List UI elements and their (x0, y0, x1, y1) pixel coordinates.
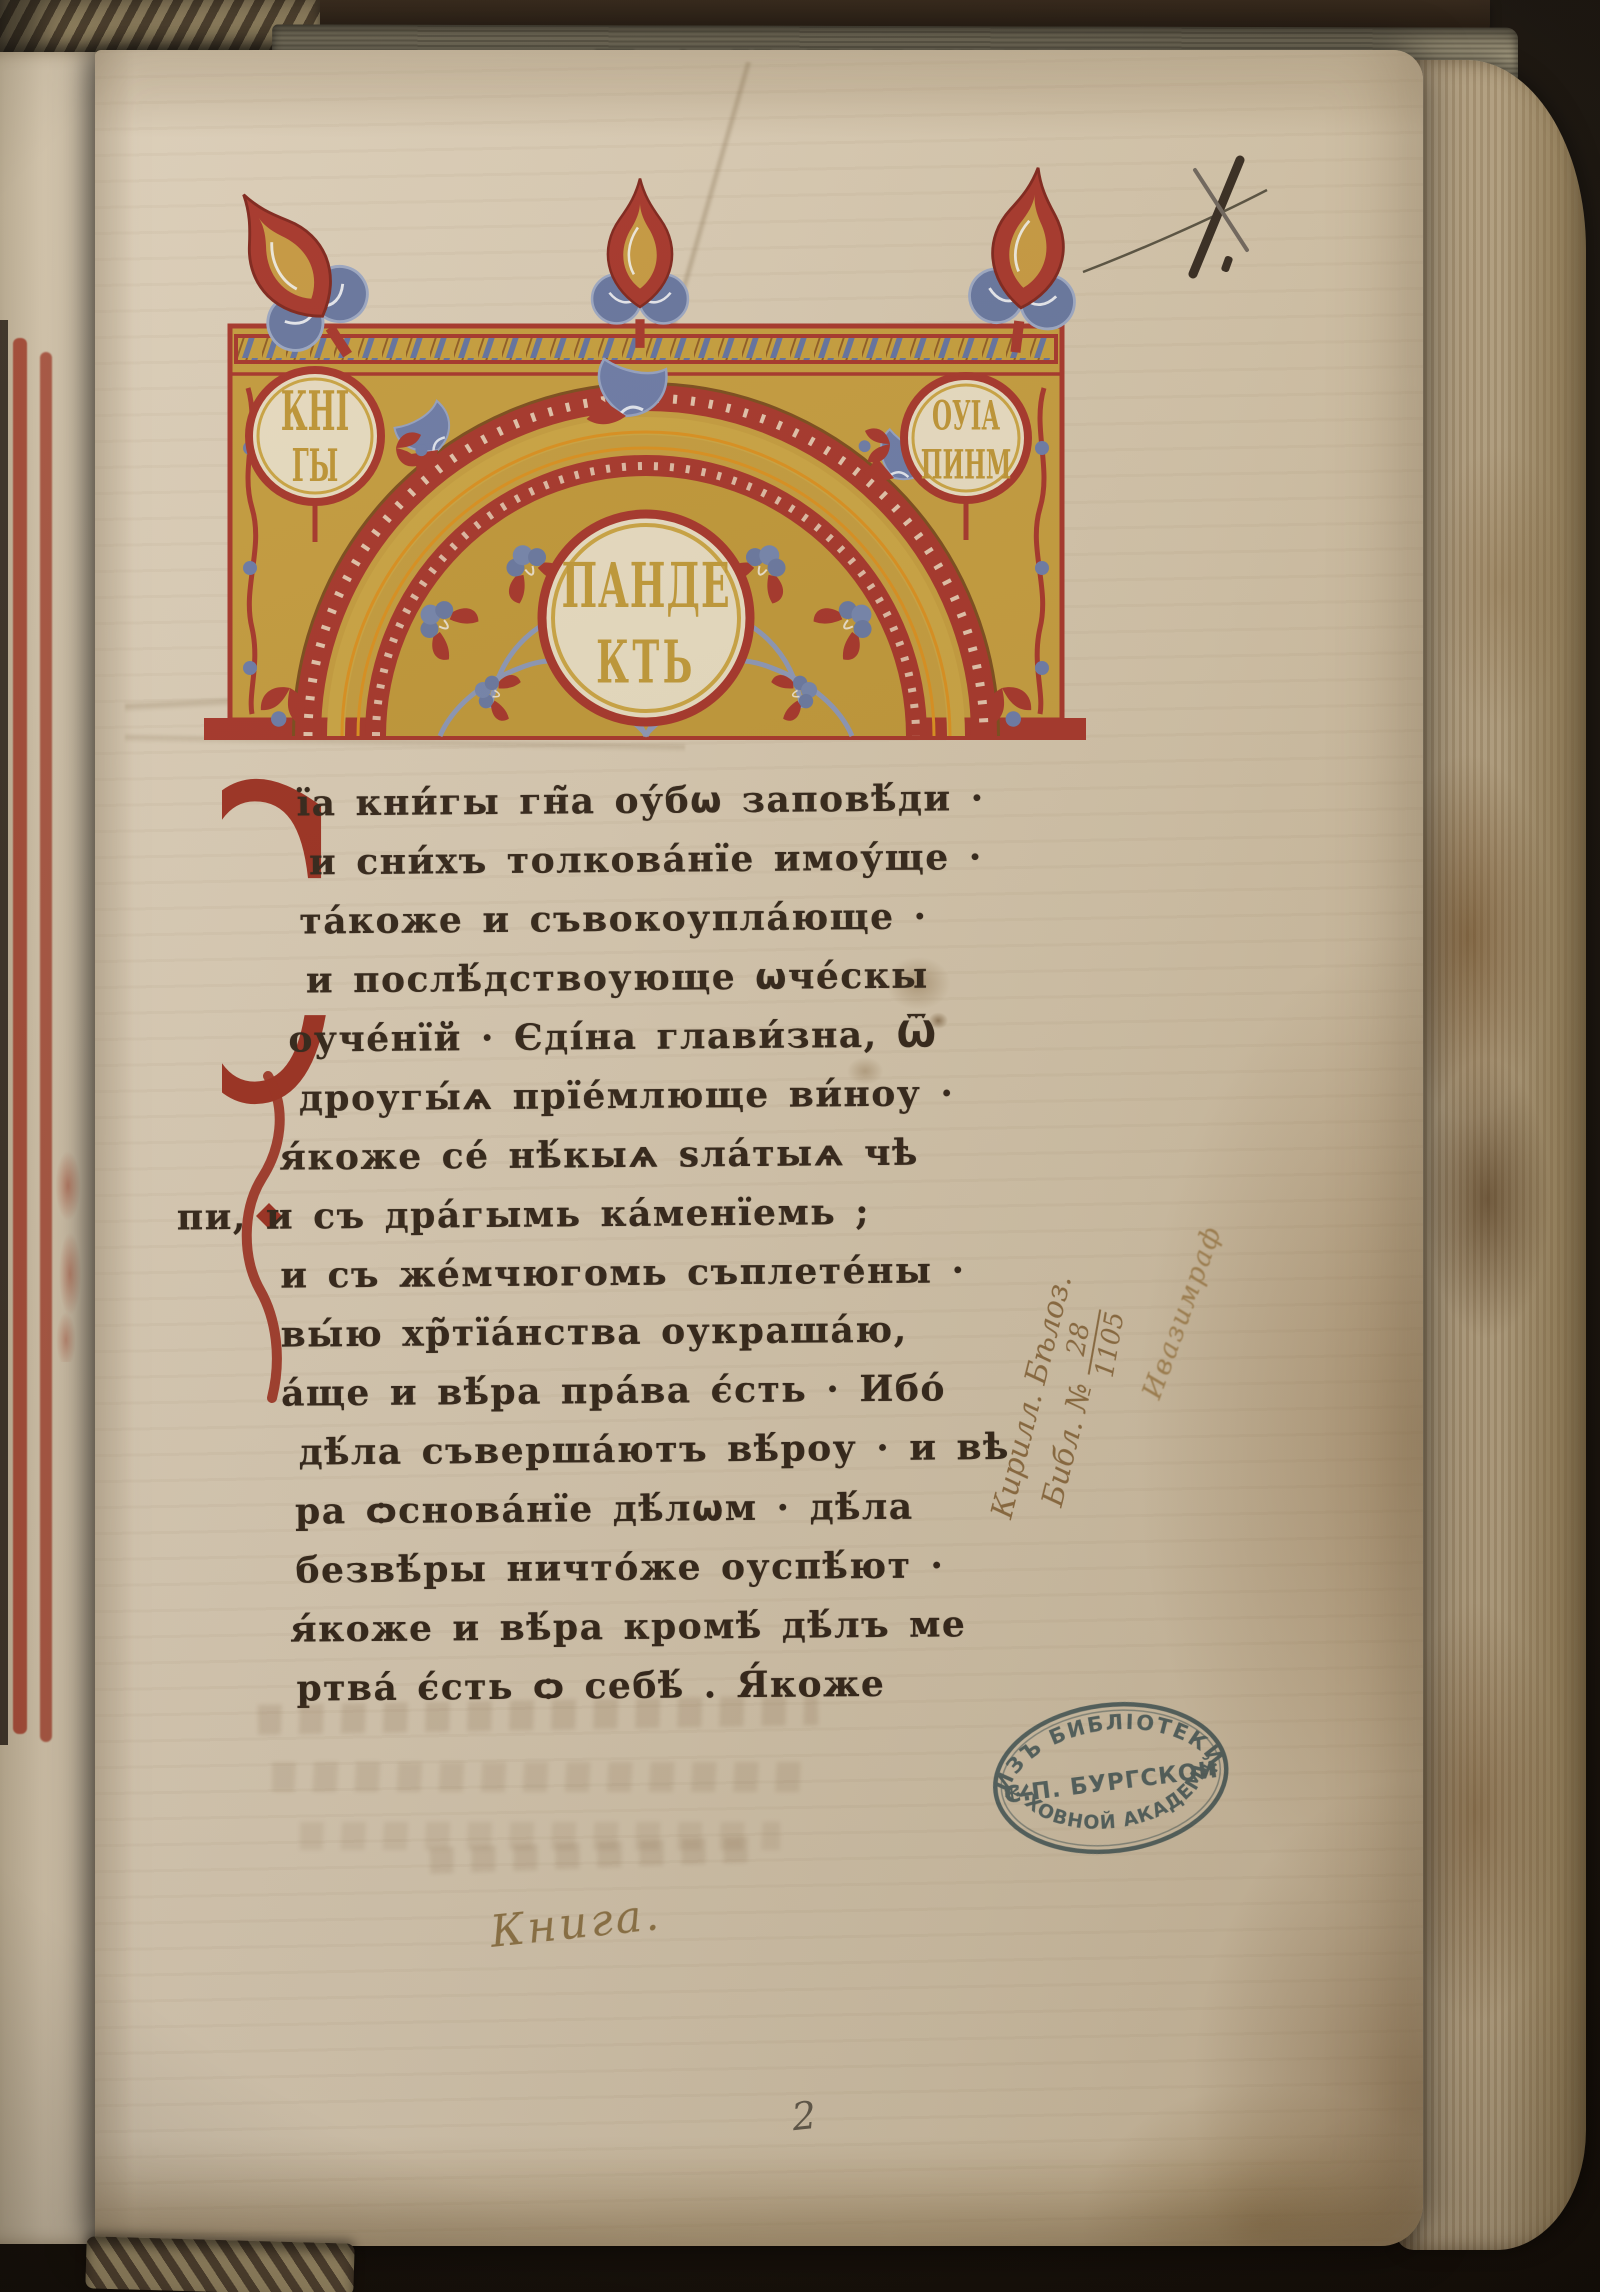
text-line: безвѣ́ры ничто́же оуспѣ́ют · (295, 1536, 992, 1600)
svg-text:ПИНМ: ПИНМ (921, 440, 1011, 488)
folio-number: 2 (790, 2093, 819, 2139)
shelfmark-fraction: 281105 (1060, 1304, 1129, 1379)
text-line: дроугы́ѧ прїе́млюще ви́ноу · (299, 1064, 989, 1128)
finial-center (592, 179, 688, 348)
medallion-right-vyaz: ОУІА (932, 391, 1000, 439)
text-line: ртва́ є́сть ѻ себѣ́ . Я́коже (296, 1654, 993, 1718)
text-line: и съ же́мчюгомь съплете́ны · (280, 1241, 990, 1306)
text-line: и послѣ́дствоующе ѡче́скы (306, 946, 988, 1010)
facing-frame-red (40, 352, 52, 1742)
text-line: дѣ́ла съверша́ютъ вѣ́роу · и вѣ (298, 1418, 991, 1482)
manuscript-text-block: їа кни́гы гн̃а оу́бѡ заповѣ́ди · и сни́х… (246, 769, 993, 1719)
text-line: я́коже се́ нѣ́кыѧ ѕла́тыѧ чѣ (279, 1123, 989, 1188)
facing-frame-black (0, 320, 8, 1745)
text-line: та́коже и съвокоупла́юще · (299, 887, 987, 951)
medallion-center-vyaz: ПАНДЕ (561, 550, 730, 622)
headpiece-ornament: КНІ ГЫ ОУІА ПИНМ ПАНДЕ КТЬ (190, 148, 1110, 768)
library-stamp: ИЗЪ БИБЛІОТЕКИ С.П. БУРГСКОЙ * * ДУХОВНО… (975, 1677, 1247, 1882)
x-mark (1075, 150, 1305, 300)
text-line: ра ѻснова́нїе дѣ́лѡм · дѣ́ла (295, 1477, 992, 1541)
text-line: оуче́нїй · Єді́на глави́зна, Ѿ (288, 1005, 988, 1069)
manuscript-photo: ПАНДЕКТЪ (0, 0, 1600, 2292)
endband-bottom (85, 2236, 354, 2292)
medallion-center: ПАНДЕ КТЬ (542, 514, 750, 722)
svg-text:КТЬ: КТЬ (596, 627, 696, 697)
text-line: я́коже и вѣ́ра кромѣ́ дѣ́лъ ме (290, 1595, 993, 1660)
facing-frame-red (13, 338, 27, 1734)
text-line: їа кни́гы гн̃а оу́бѡ заповѣ́ди · (296, 769, 986, 833)
text-line: и сни́хъ толкова́нїе имоу́ще · (309, 828, 987, 892)
page-block-edge (1396, 60, 1586, 2250)
svg-text:ГЫ: ГЫ (292, 439, 339, 492)
text-line: пи, и съ дра́гымь ка́менїемь ; (177, 1182, 990, 1247)
rope-border-band (236, 336, 1056, 362)
text-line: а́ще и вѣ́ра пра́ва є́сть · Ибо́ (281, 1359, 991, 1424)
red-paint-smudge (48, 1142, 88, 1362)
text-line: вы́ю хр̃тїа́нства оукраша́ю, (280, 1300, 990, 1365)
medallion-left-vyaz: КНІ (281, 380, 350, 443)
